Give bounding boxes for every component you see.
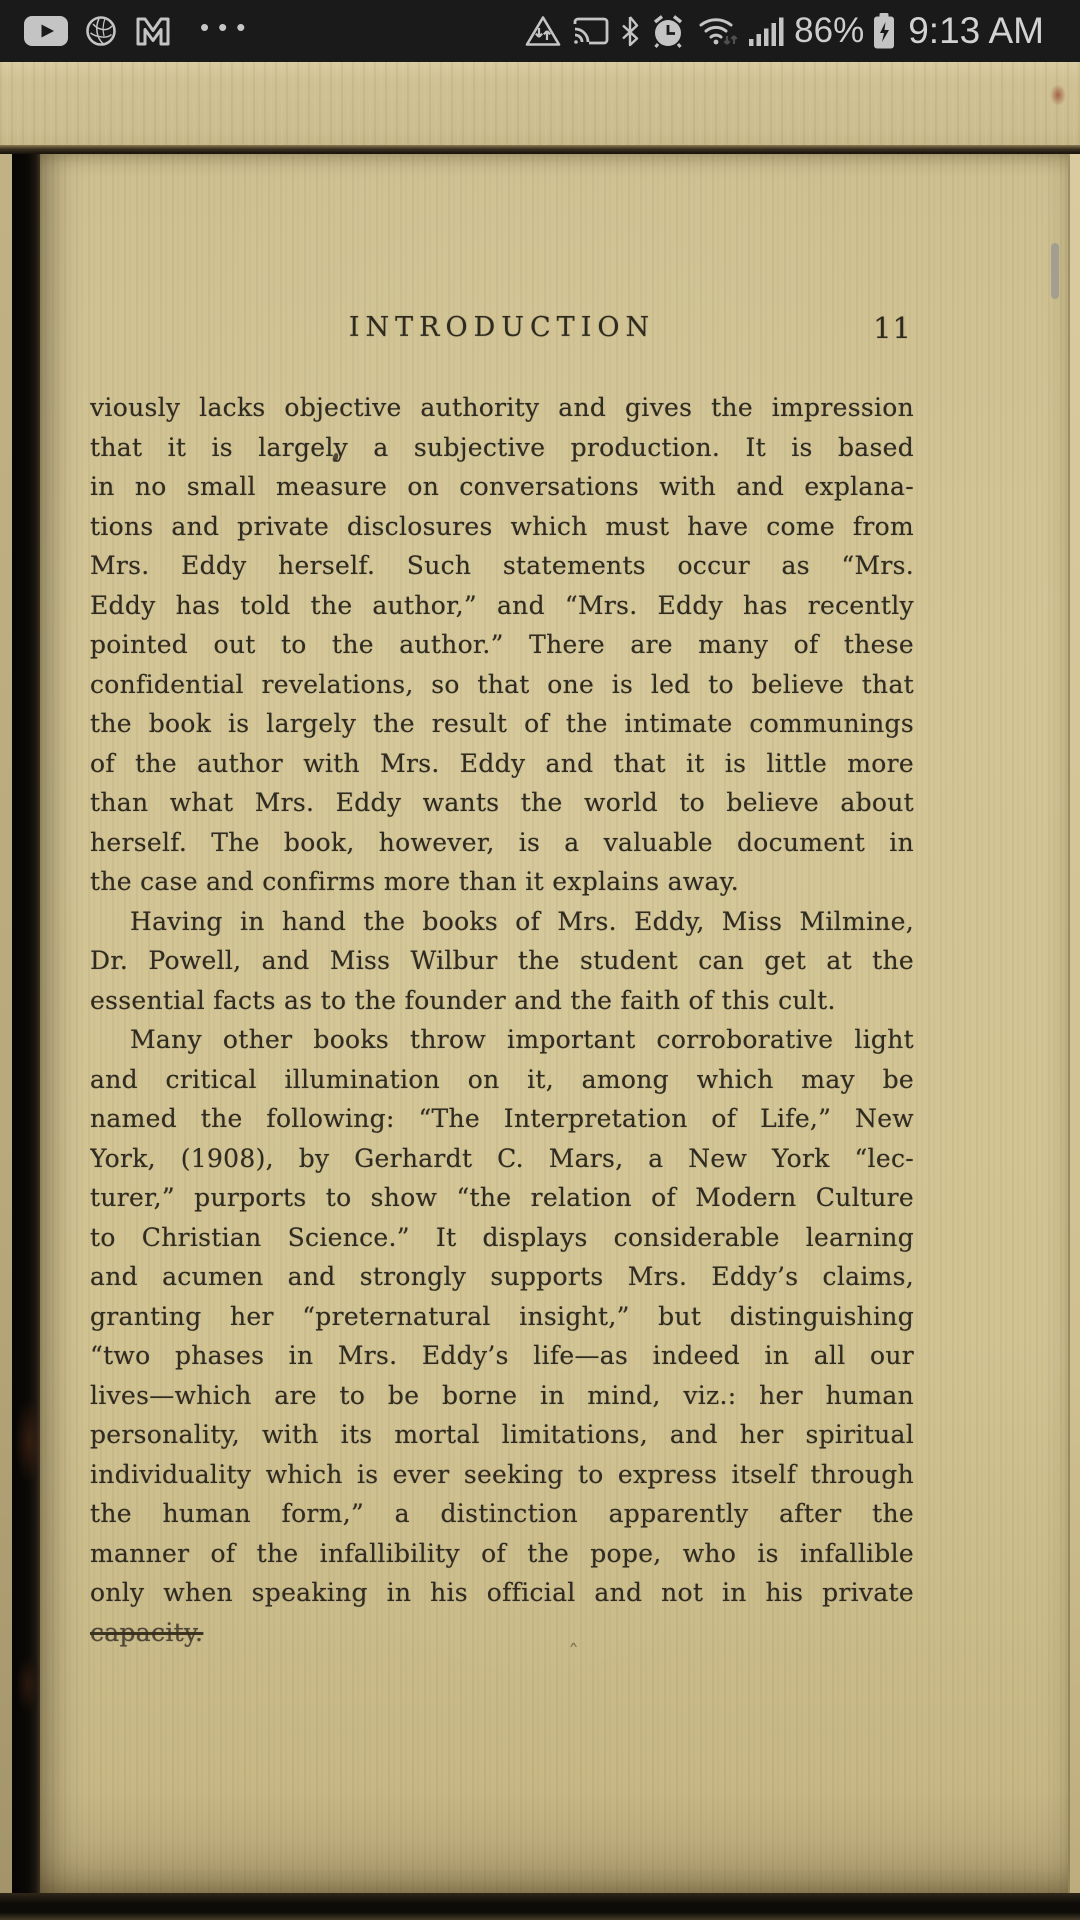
text-line: York, (1908), by Gerhardt C. Mars, a New… <box>90 1139 914 1179</box>
text-line: Dr. Powell, and Miss Wilbur the student … <box>90 941 914 981</box>
text-line: in no small measure on conversations wit… <box>90 467 914 507</box>
globe-app-icon <box>84 14 118 48</box>
text-line: personality, with its mortal limitations… <box>90 1415 914 1455</box>
status-bar[interactable]: ••• 86% 9:13 AM <box>0 0 1080 62</box>
book-gutter-shadow <box>12 154 40 1893</box>
page-left-edge <box>0 154 12 1893</box>
text-line: “two phases in Mrs. Eddy’s life—as indee… <box>90 1336 914 1376</box>
battery-charging-icon <box>873 13 895 49</box>
text-line: confidential revelations, so that one is… <box>90 665 914 705</box>
text-line: Eddy has told the author,” and “Mrs. Edd… <box>90 586 914 626</box>
signal-strength-icon <box>749 16 785 46</box>
more-notifications-dots: ••• <box>200 12 254 51</box>
page-paragraph: Having in hand the books of Mrs. Eddy, M… <box>90 902 914 1021</box>
page-text-block: viously lacks objective authority and gi… <box>90 388 914 1652</box>
wifi-icon <box>696 14 740 48</box>
cast-icon <box>571 15 611 47</box>
battery-percent-text: 86% <box>794 11 864 51</box>
text-line: the case and confirms more than it expla… <box>90 862 914 902</box>
scanned-book-page[interactable]: INTRODUCTION 11 viously lacks objective … <box>40 154 1070 1893</box>
clock-text: 9:13 AM <box>908 10 1044 52</box>
text-line: pointed out to the author.” There are ma… <box>90 625 914 665</box>
book-reader-view: INTRODUCTION 11 viously lacks objective … <box>0 154 1080 1893</box>
page-paragraph: Many other books throw important corrobo… <box>90 1020 914 1652</box>
scan-artifact-caret: ˆ <box>568 1642 579 1667</box>
text-line: the book is largely the result of the in… <box>90 704 914 744</box>
page-top-edge-shadow <box>0 145 1080 154</box>
text-line: turer,” purports to show “the relation o… <box>90 1178 914 1218</box>
text-line: viously lacks objective authority and gi… <box>90 388 914 428</box>
text-line: Many other books throw important corrobo… <box>90 1020 914 1060</box>
text-line: granting her “preternatural insight,” bu… <box>90 1297 914 1337</box>
text-line: to Christian Science.” It displays consi… <box>90 1218 914 1258</box>
text-line: of the author with Mrs. Eddy and that it… <box>90 744 914 784</box>
text-line: that it is largely a subjective producti… <box>90 428 914 468</box>
android-screen: ••• 86% 9:13 AM <box>0 0 1080 1920</box>
gmail-icon <box>134 16 172 46</box>
page-number: 11 <box>873 311 912 345</box>
bluetooth-icon <box>620 15 640 47</box>
text-line: and critical illumination on it, among w… <box>90 1060 914 1100</box>
text-line: Mrs. Eddy herself. Such statements occur… <box>90 546 914 586</box>
page-paragraph: viously lacks objective authority and gi… <box>90 388 914 902</box>
alarm-icon <box>649 13 687 49</box>
youtube-icon <box>24 16 68 46</box>
page-stain <box>1050 84 1066 106</box>
text-line: tions and private disclosures which must… <box>90 507 914 547</box>
text-line: only when speaking in his official and n… <box>90 1573 914 1613</box>
page-right-edge <box>1068 154 1080 1893</box>
text-line: lives—which are to be borne in mind, viz… <box>90 1376 914 1416</box>
page-bottom-edge <box>0 1893 1080 1920</box>
text-line: individuality which is ever seeking to e… <box>90 1455 914 1495</box>
scrollbar-thumb[interactable] <box>1051 243 1059 299</box>
text-line: named the following: “The Interpretation… <box>90 1099 914 1139</box>
text-line: than what Mrs. Eddy wants the world to b… <box>90 783 914 823</box>
text-line: capacity. <box>90 1613 914 1653</box>
running-header: INTRODUCTION <box>349 312 655 343</box>
text-line: and acumen and strongly supports Mrs. Ed… <box>90 1257 914 1297</box>
text-line: manner of the infallibility of the pope,… <box>90 1534 914 1574</box>
data-saver-icon <box>524 14 562 48</box>
text-line: the human form,” a distinction apparentl… <box>90 1494 914 1534</box>
text-line: essential facts as to the founder and th… <box>90 981 914 1021</box>
text-line: herself. The book, however, is a valuabl… <box>90 823 914 863</box>
text-line: Having in hand the books of Mrs. Eddy, M… <box>90 902 914 942</box>
page-header-row: INTRODUCTION 11 <box>90 312 914 343</box>
page-top-margin <box>0 62 1080 154</box>
